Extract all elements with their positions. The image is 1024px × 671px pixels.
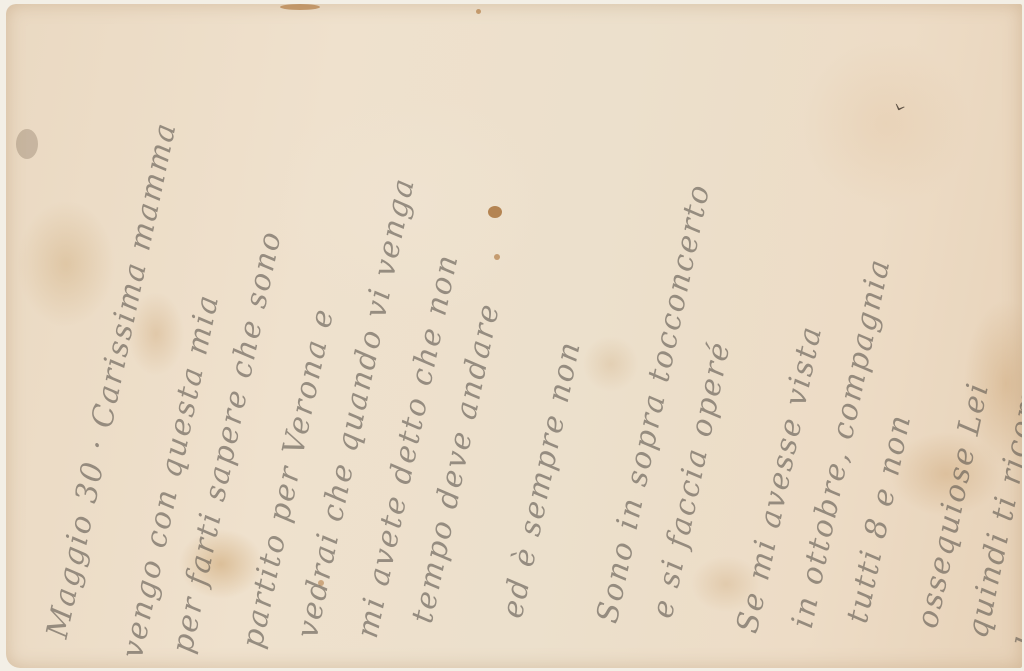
letter-paper: Maggio 30 · Carissima mamma vengo con qu… [6, 4, 1022, 668]
pencil-mark: ‹ [886, 99, 913, 116]
handwritten-line: ed è sempre non [495, 337, 588, 621]
stain-spot [488, 206, 502, 218]
stain-spot [494, 254, 500, 260]
stain-spot [280, 4, 320, 10]
stain-spot [476, 9, 481, 14]
stain-spot [16, 129, 38, 159]
